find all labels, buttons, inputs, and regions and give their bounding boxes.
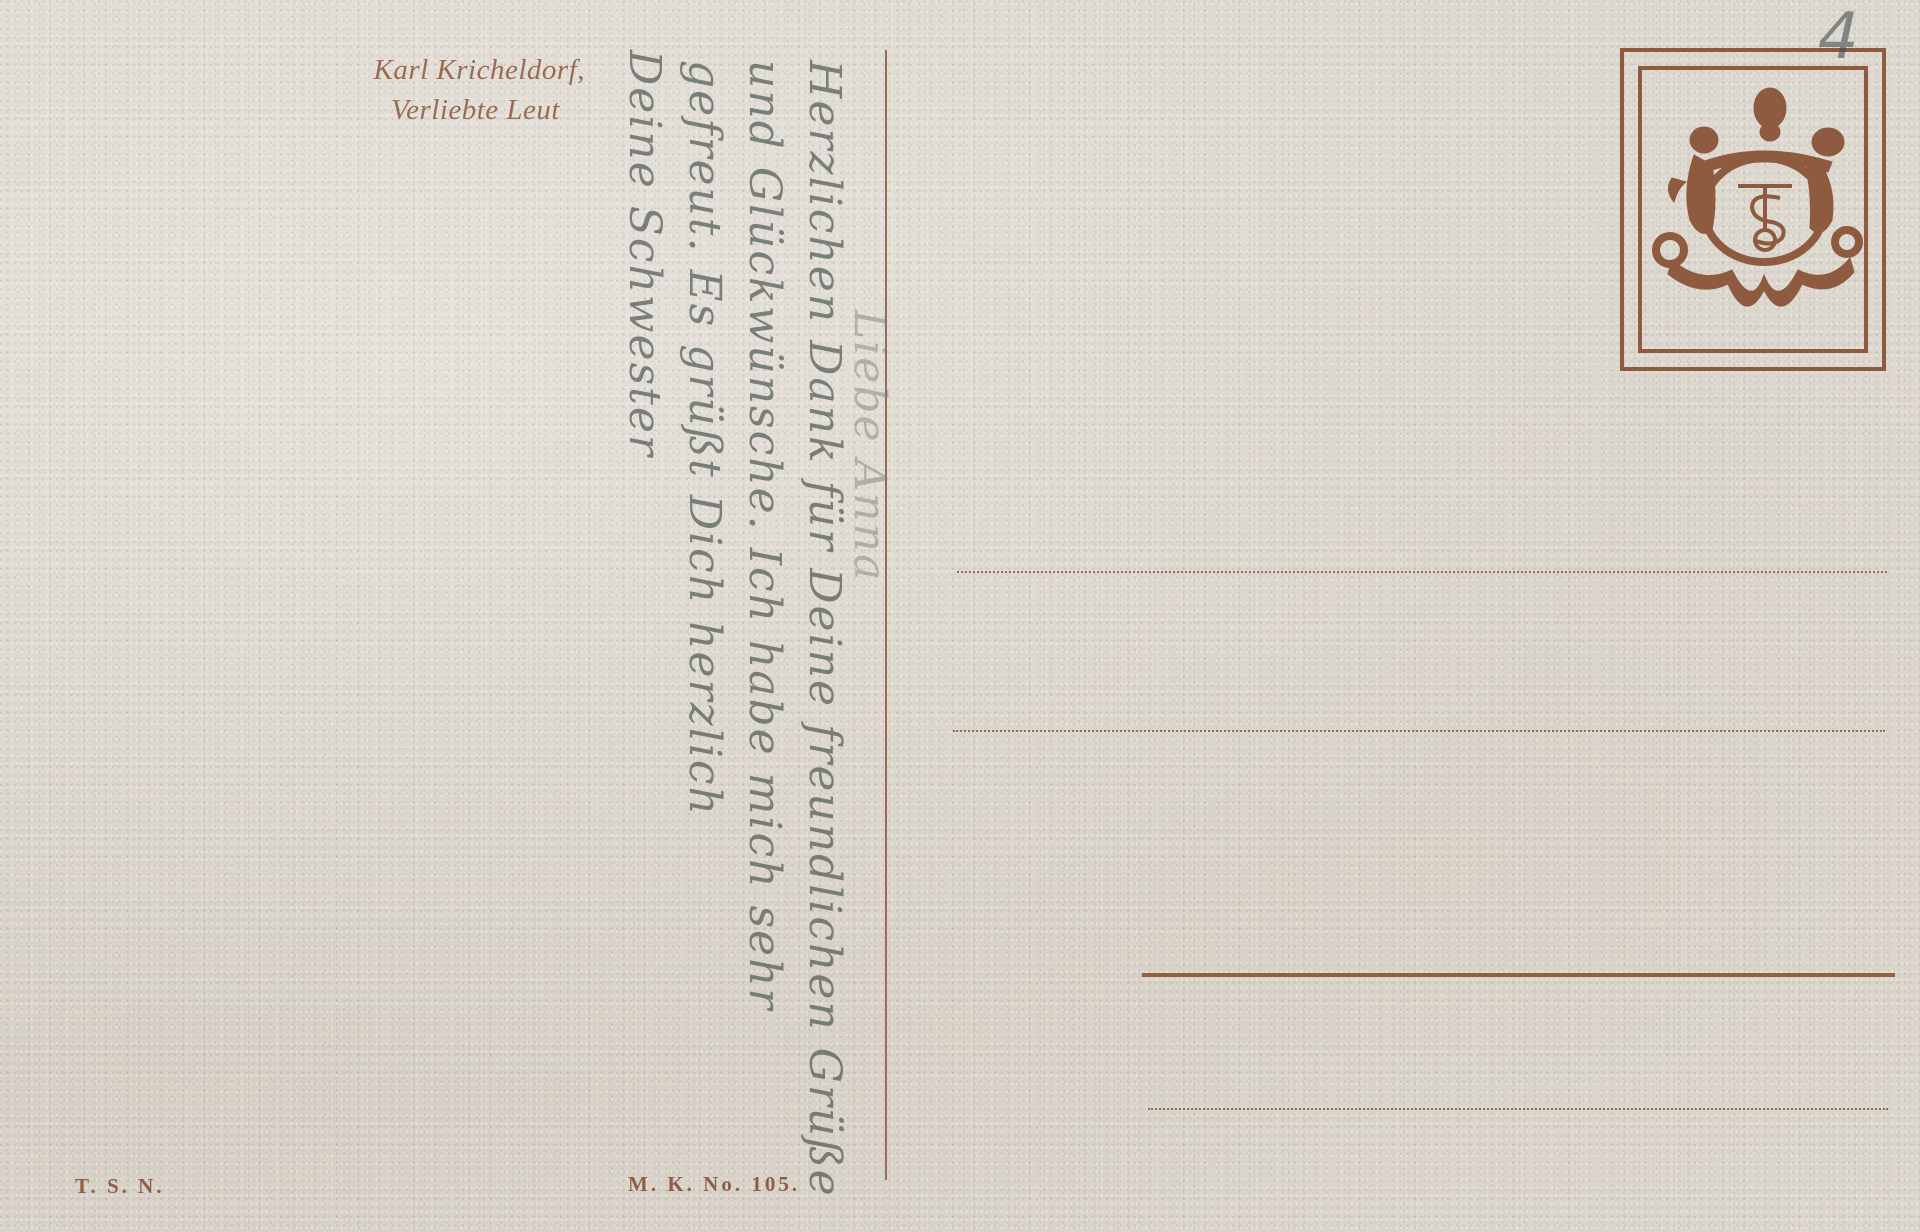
handwriting-line: Herzlichen Dank für Deine freundlichen G…: [799, 60, 850, 1198]
center-divider-line: [885, 50, 887, 1180]
handwriting-line: und Glückwünsche. Ich habe mich sehr: [739, 60, 790, 1011]
card-number: M. K. No. 105.: [628, 1172, 800, 1197]
postcard-back: Karl Kricheldorf, Verliebte Leut T. S. N…: [0, 0, 1920, 1232]
cherubs-crest-icon: [1642, 70, 1872, 357]
handwriting-line: gefreut. Es grüßt Dich herzlich: [679, 60, 730, 817]
address-line-1: [957, 571, 1887, 573]
artwork-credit: Karl Kricheldorf, Verliebte Leut: [240, 50, 585, 130]
handwriting-line: Liebe Anna: [844, 310, 895, 582]
handwriting-line: Deine Schwester: [619, 50, 670, 458]
address-line-2: [953, 730, 1885, 732]
publisher-imprint: T. S. N.: [75, 1174, 165, 1199]
artist-name: Karl Kricheldorf,: [240, 50, 585, 90]
artwork-title: Verliebte Leut: [240, 90, 560, 130]
stamp-box: [1620, 48, 1886, 371]
stamp-box-inner: [1638, 66, 1868, 353]
address-line-4: [1148, 1108, 1888, 1110]
address-line-3: [1142, 973, 1895, 977]
